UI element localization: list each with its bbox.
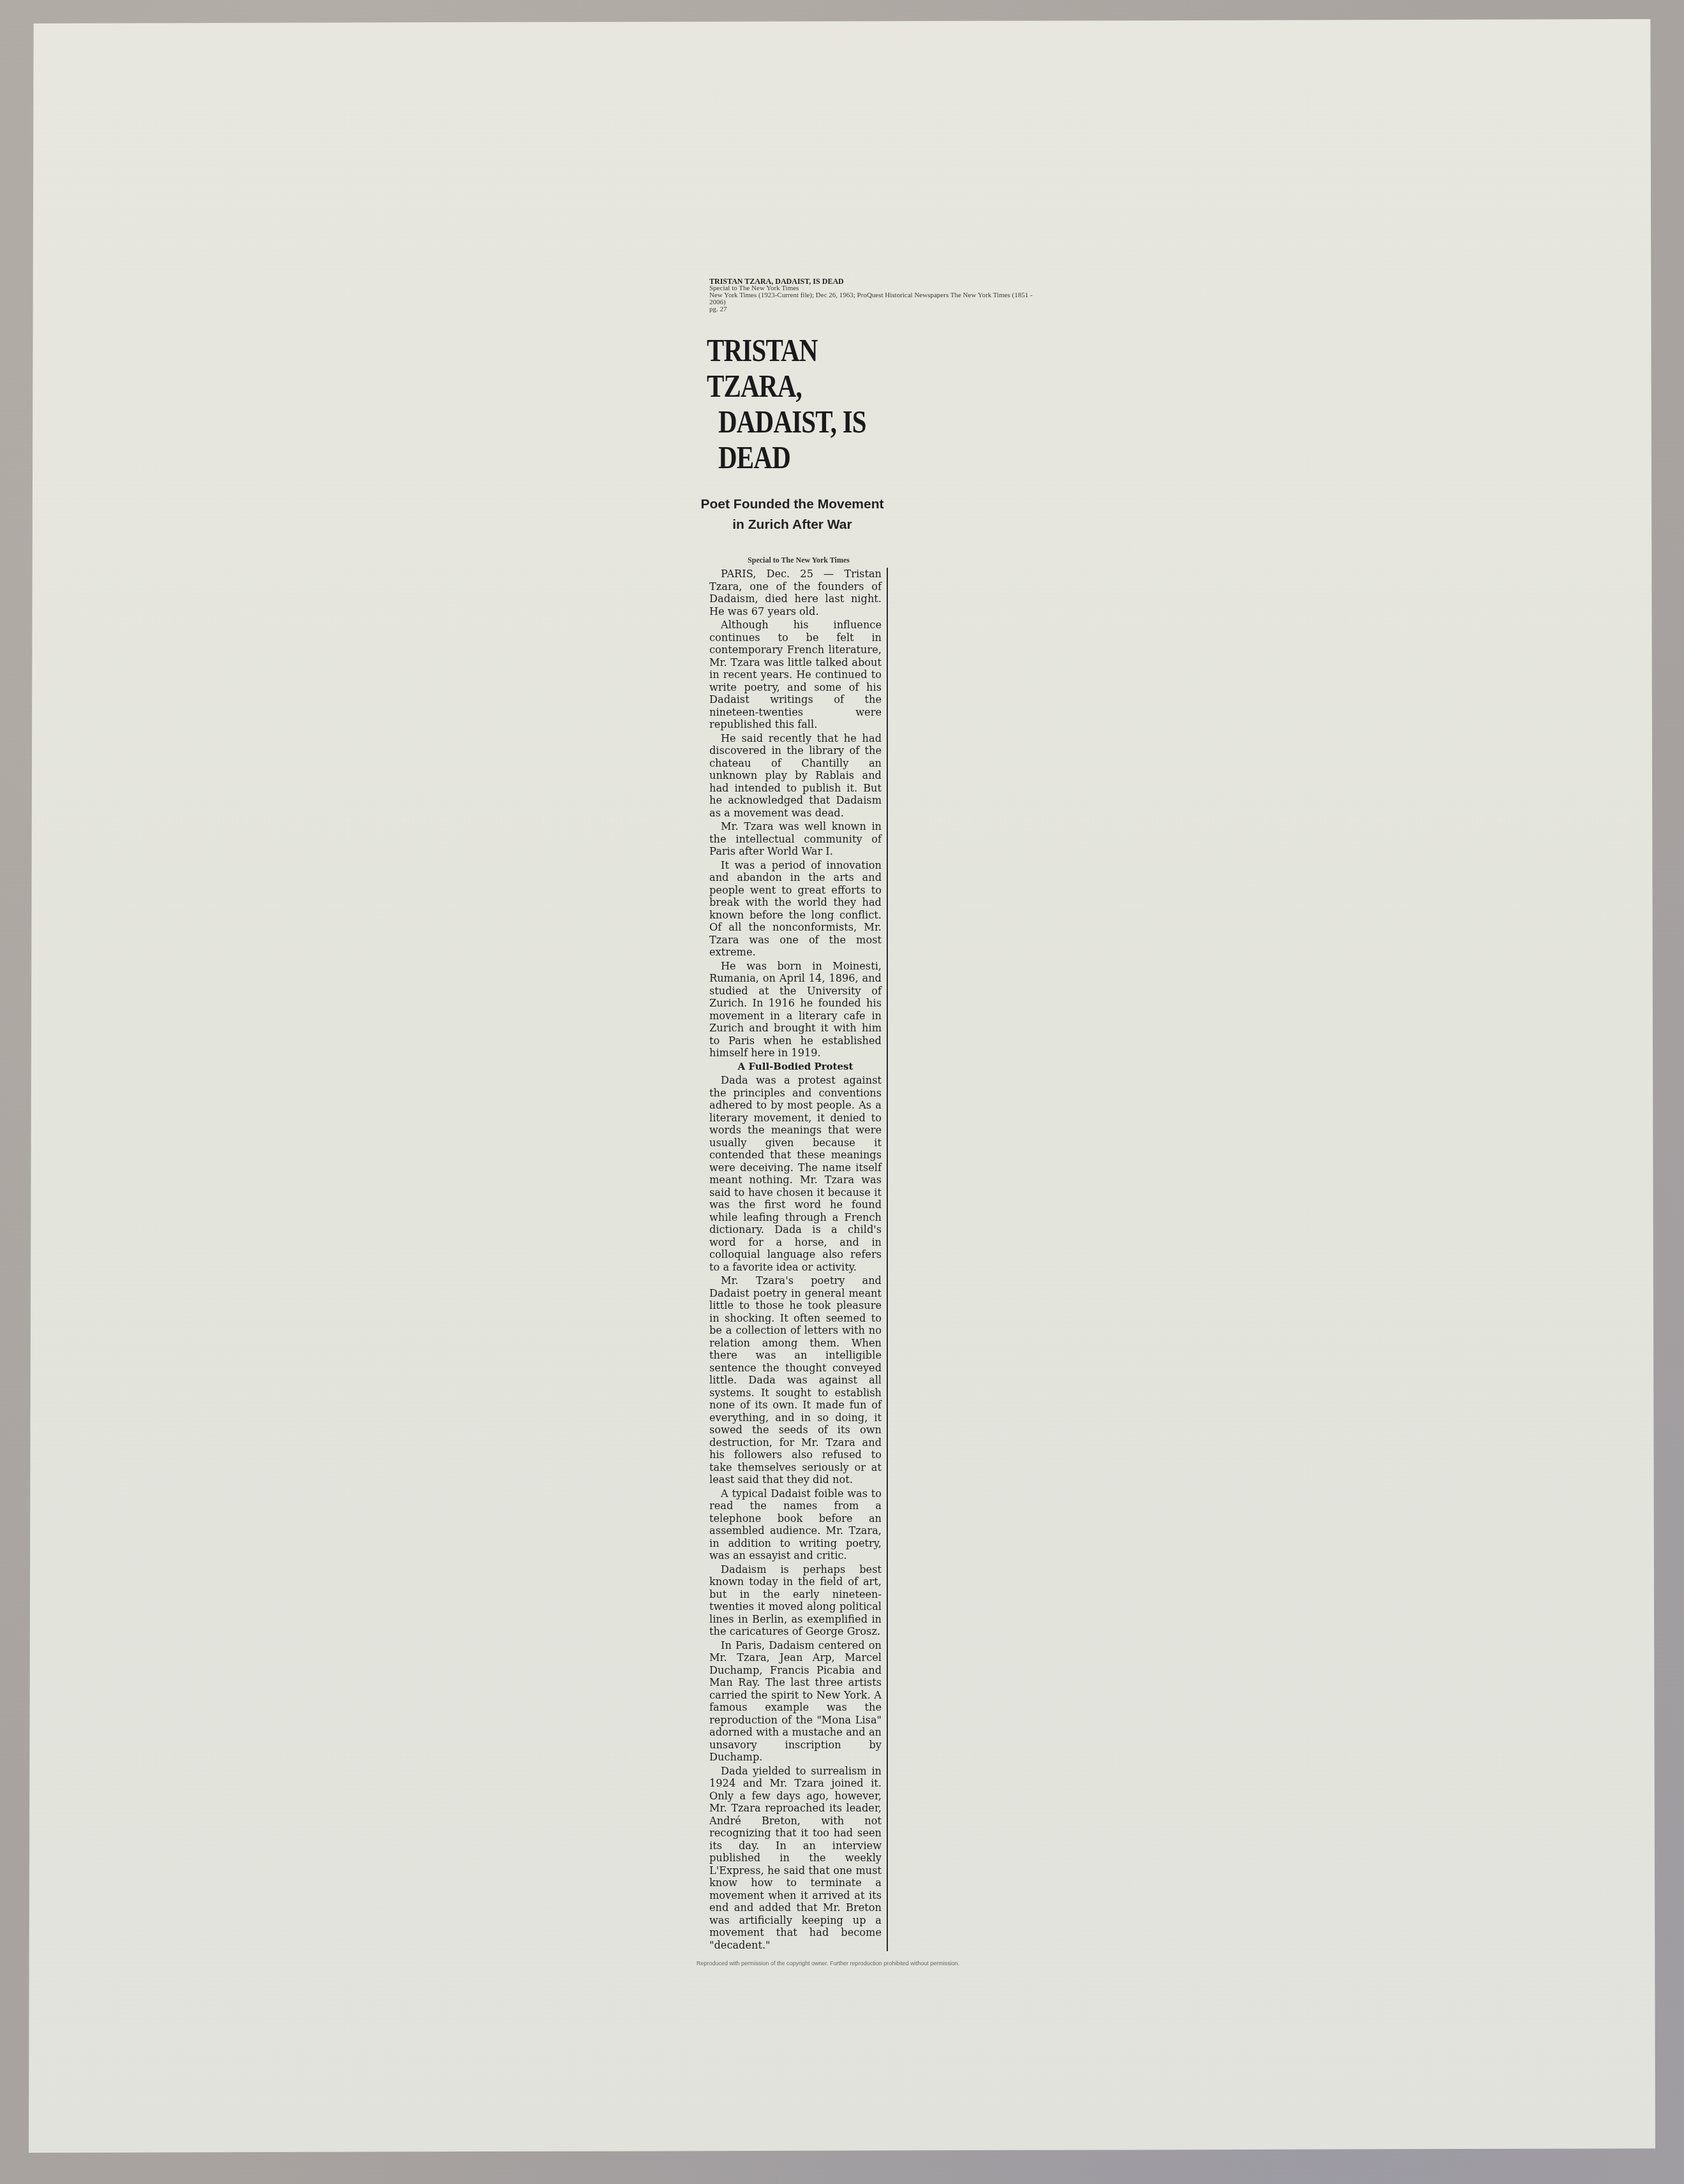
citation-page: pg. 27 [709,306,1041,313]
citation-source: New York Times (1923-Current file); Dec … [709,292,1041,306]
newspaper-clipping: TRISTAN TZARA, DADAIST, IS DEAD Special … [709,278,1041,1966]
subheadline-deck: Poet Founded the Movement in Zurich Afte… [697,494,888,535]
article-paragraph: Although his influence continues to be f… [709,619,882,731]
article-paragraph: In Paris, Dadaism centered on Mr. Tzara,… [709,1639,882,1764]
section-subhead: A Full-Bodied Protest [709,1061,882,1074]
headline-line-1: TRISTAN TZARA, [707,332,818,404]
article-body-part-1: PARIS, Dec. 25 — Tristan Tzara, one of t… [709,568,882,1059]
article-paragraph: He said recently that he had discovered … [709,732,882,820]
article-paragraph: Dadaism is perhaps best known today in t… [709,1563,882,1638]
article-paragraph: It was a period of innovation and abando… [709,859,882,959]
article-paragraph: Dada was a protest against the principle… [709,1074,882,1273]
article-paragraph: Mr. Tzara's poetry and Dadaist poetry in… [709,1274,882,1486]
headline-line-2: DADAIST, IS DEAD [707,404,895,475]
article-body-part-2: Dada was a protest against the principle… [709,1074,882,1951]
article-paragraph: Mr. Tzara was well known in the intellec… [709,820,882,858]
article-paragraph: Dada yielded to surrealism in 1924 and M… [709,1765,882,1952]
article-body: PARIS, Dec. 25 — Tristan Tzara, one of t… [709,568,888,1951]
headline: TRISTAN TZARA, DADAIST, IS DEAD [707,332,895,475]
article-paragraph: He was born in Moinesti, Rumania, on Apr… [709,960,882,1059]
article-paragraph: PARIS, Dec. 25 — Tristan Tzara, one of t… [709,568,882,617]
article-paragraph: A typical Dadaist foible was to read the… [709,1487,882,1562]
copyright-notice: Reproduced with permission of the copyri… [697,1960,1041,1966]
citation-header: TRISTAN TZARA, DADAIST, IS DEAD Special … [709,278,1041,313]
article-byline: Special to The New York Times [709,556,888,565]
